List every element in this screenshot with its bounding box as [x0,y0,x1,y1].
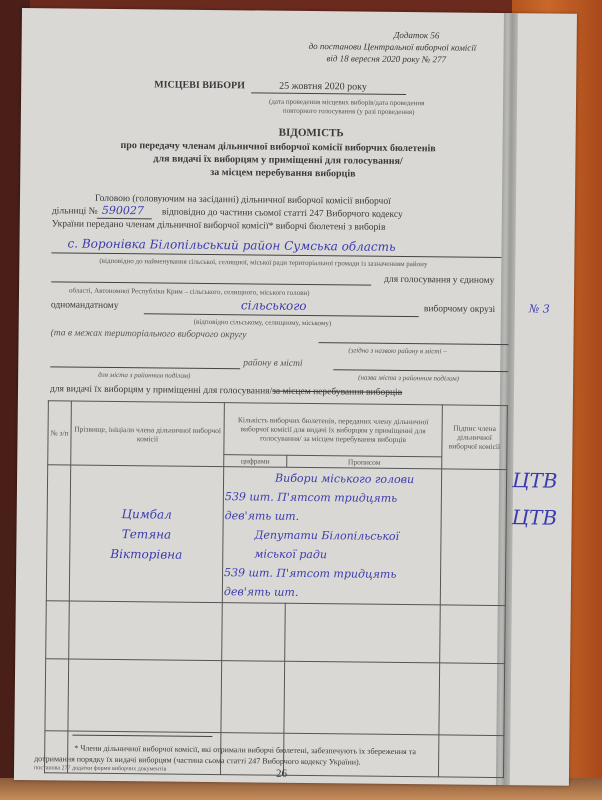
district-suffix: виборчому окрузі [424,304,495,315]
single-mandate-label: одномандатному [51,300,119,311]
header-signature: Підпис члена дільничної виборчої комісії [442,405,508,470]
region-caption: області, Автономної Республіки Крим – сі… [69,287,310,298]
resolution-line: до постанови Центральної виборчої комісі… [309,41,477,53]
entry2-title: Депутати Білопільської міської ради [224,525,439,565]
ballot-count-cell: Вибори міського голови 539 шт. П'ятсот т… [222,467,441,605]
signature-1: ЦТВ [512,468,558,492]
table-row [45,659,505,736]
entry1-value: 539 шт. П'ятсот тридцять дев'ять шт. [225,487,440,527]
title-line-2: для видачі їх виборцям у приміщенні для … [153,153,402,167]
body-line-3: України передано членам дільничної вибор… [52,219,386,232]
appendix-label: Додаток 56 [394,30,440,40]
signature-cell [440,469,506,606]
city-caption-left: для міста з районним поділом) [98,371,190,380]
signature-2: ЦТВ [512,505,558,529]
single-district-suffix: для голосування у єдиному [384,275,494,286]
header-ballots: Кількість виборчих бюлетенів, переданих … [224,403,443,457]
council-name: с. Воронівка Білопільський район Сумська… [67,236,395,253]
header-digits: цифрами [224,455,287,468]
district-type-caption: (відповідно сільському, селищному, міськ… [194,318,332,327]
entry1-title: Вибори міського голови [225,468,440,489]
body-line-2-suffix: відповідно до частини сьомої статті 247 … [162,207,403,220]
council-caption: (відповідно до найменування сільської, с… [99,257,427,268]
member-name-cell: Цимбал Тетяна Вікторівна [69,465,223,603]
table-row [46,601,506,664]
title-line-1: про передачу членам дільничної виборчої … [121,140,436,154]
row-number [46,465,70,601]
city-caption-right: (назва міста з районним поділом) [358,374,459,383]
page-number: 26 [276,768,287,780]
purpose-plain: для видачі їх виборцям у приміщенні для … [50,384,272,396]
date-caption-2: повторного голосування (у разі проведенн… [283,107,415,116]
precinct-number: 590027 [102,204,144,217]
resolution-date: від 18 вересня 2020 року № 277 [326,53,446,64]
date-caption-1: (дата проведення місцевих виборів/дата п… [269,98,424,108]
member-surname: Цимбал [72,503,222,525]
election-label: МІСЦЕВІ ВИБОРИ [154,79,245,91]
title-line-3: за місцем перебування виборців [210,167,355,180]
member-patronymic: Вікторівна [71,543,221,565]
body-line-2-prefix: дільниці № [52,206,98,216]
district-number: № 3 [529,302,550,315]
entry2-value: 539 шт. П'ятсот тридцять дев'ять шт. [224,563,439,603]
ballots-table: № з/п Прізвище, ініціали члена дільнично… [44,400,508,778]
member-first-name: Тетяна [71,523,221,545]
election-date: 25 жовтня 2020 року [279,81,367,93]
purpose-struck: за місцем перебування виборців [272,387,402,398]
territorial-caption: (згідно з назвою району в місті – [348,346,446,355]
purpose-line: для видачі їх виборцям у приміщенні для … [50,384,402,398]
document-page: Додаток 56 до постанови Центральної вибо… [14,8,577,786]
header-name: Прізвище, ініціали члена дільничної вибо… [71,401,225,467]
district-type: сільського [241,298,307,313]
header-number: № з/п [48,401,72,465]
table-row: Цимбал Тетяна Вікторівна Вибори міського… [46,465,506,606]
document-title: ВІДОМІСТЬ [279,127,344,140]
territorial-label: (та в межах територіального виборчого ок… [51,328,247,340]
district-in-city-label: району в місті [243,358,302,369]
